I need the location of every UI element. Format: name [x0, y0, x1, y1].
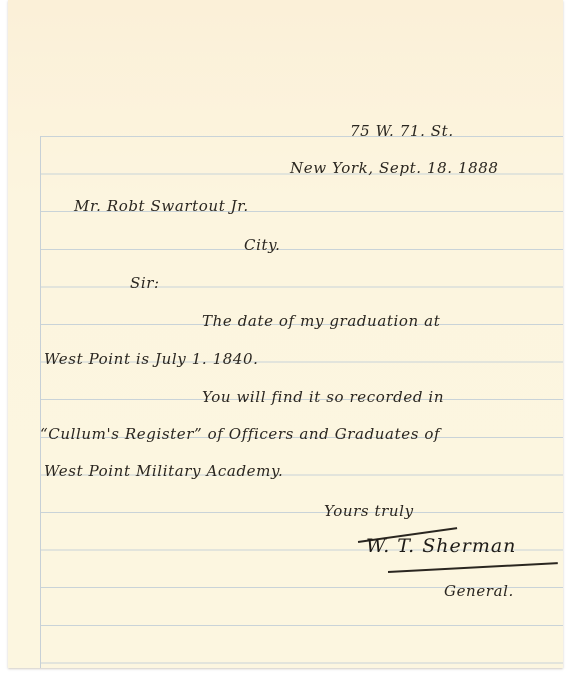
body-line-2: West Point is July 1. 1840.: [44, 350, 259, 368]
signer-title: General.: [444, 582, 514, 600]
body-line-5: West Point Military Academy.: [44, 462, 283, 480]
body-line-3: You will find it so recorded in: [202, 388, 444, 406]
address-line: 75 W. 71. St.: [350, 122, 454, 140]
body-line-1: The date of my graduation at: [202, 312, 440, 330]
place-date: New York, Sept. 18. 1888: [290, 159, 499, 177]
body-line-4: “Cullum's Register” of Officers and Grad…: [40, 425, 440, 443]
closing: Yours truly: [324, 502, 414, 520]
salutation: Sir:: [130, 274, 160, 292]
letter-paper: 75 W. 71. St. New York, Sept. 18. 1888 M…: [8, 0, 563, 668]
margin-line: [40, 136, 41, 668]
signature: W. T. Sherman: [366, 535, 516, 557]
recipient-name: Mr. Robt Swartout Jr.: [74, 197, 249, 215]
recipient-city: City.: [244, 236, 281, 254]
